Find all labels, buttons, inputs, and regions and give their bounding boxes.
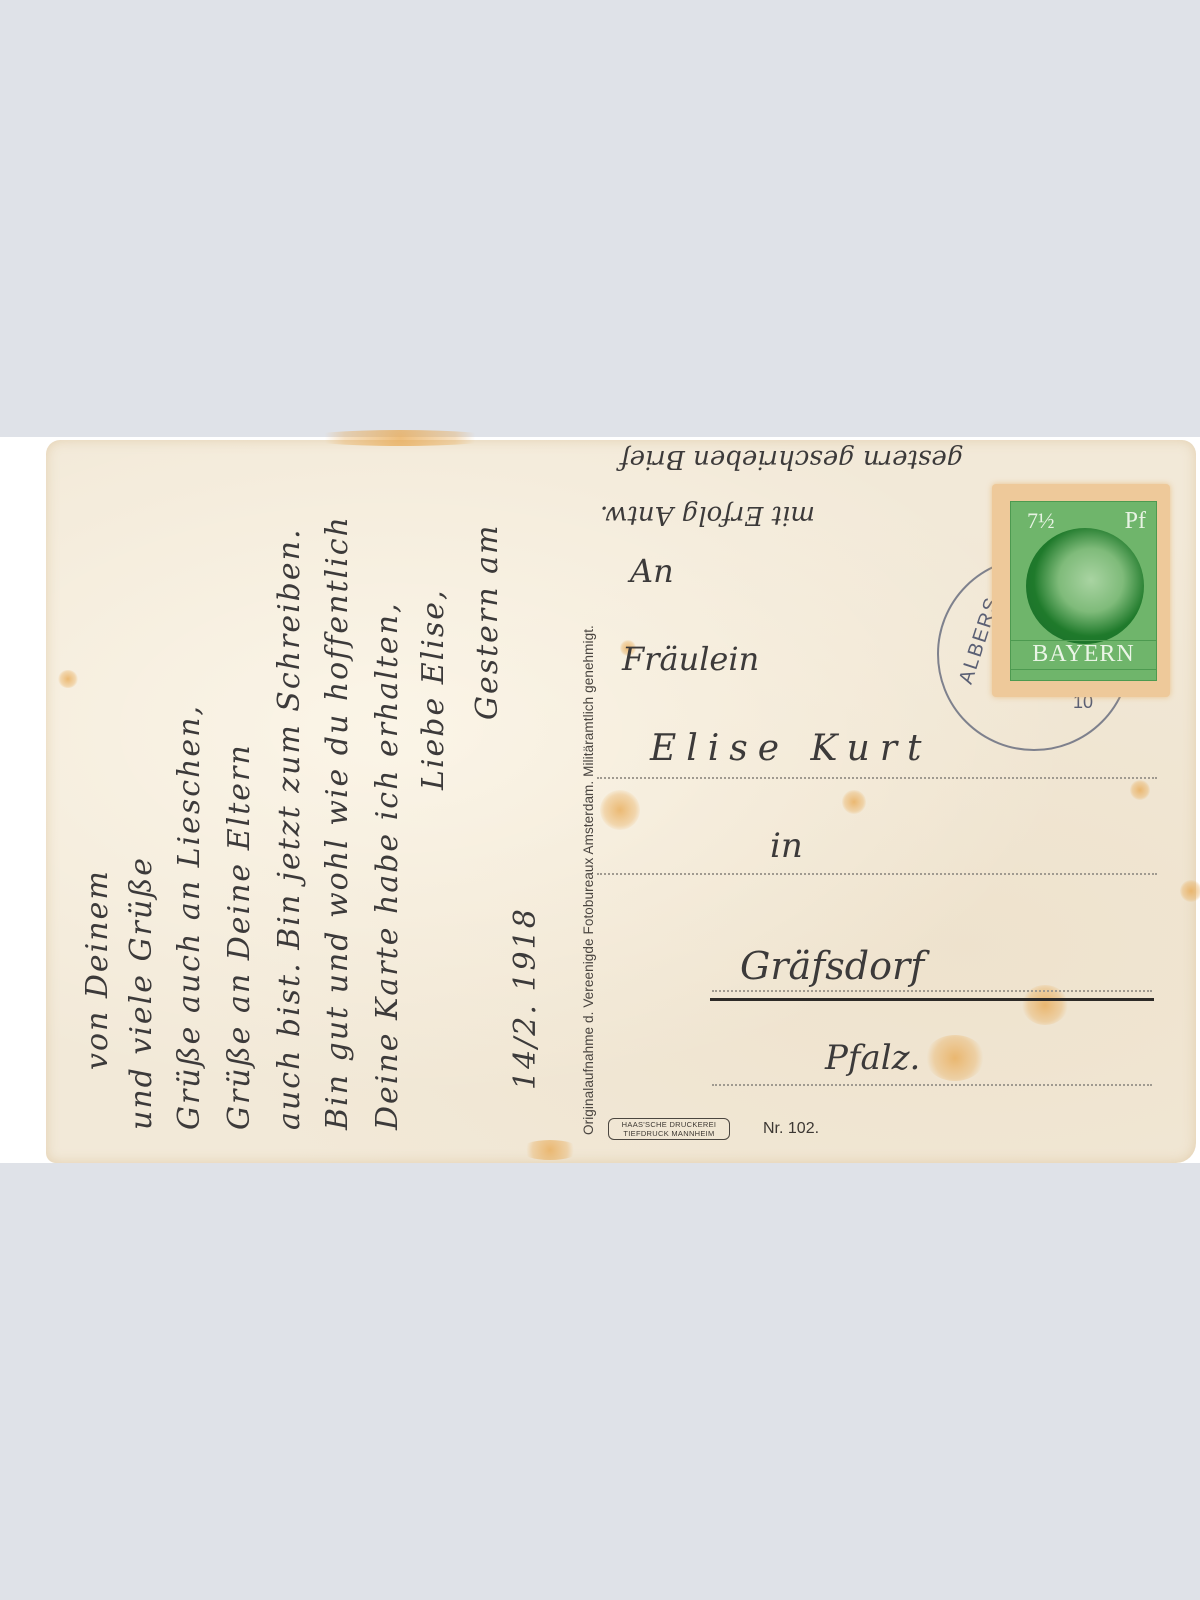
message-line: Liebe Elise, xyxy=(416,588,451,790)
portrait-icon xyxy=(1026,528,1144,644)
publisher-credit: Originalaufnahme d. Vereenigde Fotoburea… xyxy=(581,625,596,1135)
message-line: auch bist. Bin jetzt zum Schreiben. xyxy=(272,528,307,1131)
stain xyxy=(600,790,640,830)
address-line xyxy=(712,1084,1152,1086)
address-line xyxy=(597,873,1157,875)
message-line: Bin gut und wohl wie du hoffentlich xyxy=(320,515,355,1130)
printer-imprint-line2: TIEFDRUCK MANNHEIM xyxy=(609,1129,729,1138)
stain xyxy=(1180,880,1200,902)
stain xyxy=(842,790,866,814)
stain xyxy=(925,1035,985,1081)
address-salutation: An xyxy=(630,552,674,590)
stain xyxy=(520,1140,580,1160)
stamp-country: BAYERN xyxy=(1011,641,1156,668)
message-line: Deine Karte habe ich erhalten, xyxy=(370,601,405,1130)
address-line xyxy=(712,990,1152,992)
message-line: Gestern am xyxy=(470,524,505,720)
printer-imprint: HAAS'SCHE DRUCKEREI TIEFDRUCK MANNHEIM xyxy=(608,1118,730,1140)
address-region: Pfalz. xyxy=(825,1038,920,1078)
address-preposition: in xyxy=(770,826,803,866)
message-line: von Deinem xyxy=(80,869,115,1070)
message-date: 14/2. 1918 xyxy=(508,907,543,1090)
card-number: Nr. 102. xyxy=(763,1120,819,1138)
postage-stamp: 7½ Pf BAYERN xyxy=(992,484,1172,699)
stamp-currency: Pf xyxy=(1125,508,1146,535)
stain xyxy=(1130,780,1150,800)
message-line: Grüße auch an Lieschen, xyxy=(172,704,207,1130)
address-title: Fräulein xyxy=(622,640,759,678)
printer-imprint-line1: HAAS'SCHE DRUCKEREI xyxy=(609,1120,729,1129)
message-line: und viele Grüße xyxy=(124,856,159,1130)
address-line xyxy=(597,777,1157,779)
stamp-face: 7½ Pf BAYERN xyxy=(1010,501,1157,681)
message-line: Grüße an Deine Eltern xyxy=(222,743,257,1130)
stamp-perforated-edge: 7½ Pf BAYERN xyxy=(992,484,1170,697)
address-name: Elise Kurt xyxy=(650,728,932,769)
address-underline xyxy=(710,998,1154,1001)
stamp-value: 7½ xyxy=(1027,508,1055,534)
upside-down-note-line2: mit Erfolg Antw. xyxy=(600,500,815,530)
address-town: Gräfsdorf xyxy=(740,944,924,988)
upside-down-note-line1: gestern geschrieben Brief xyxy=(620,444,963,474)
stain xyxy=(300,430,500,446)
stain xyxy=(58,670,78,688)
